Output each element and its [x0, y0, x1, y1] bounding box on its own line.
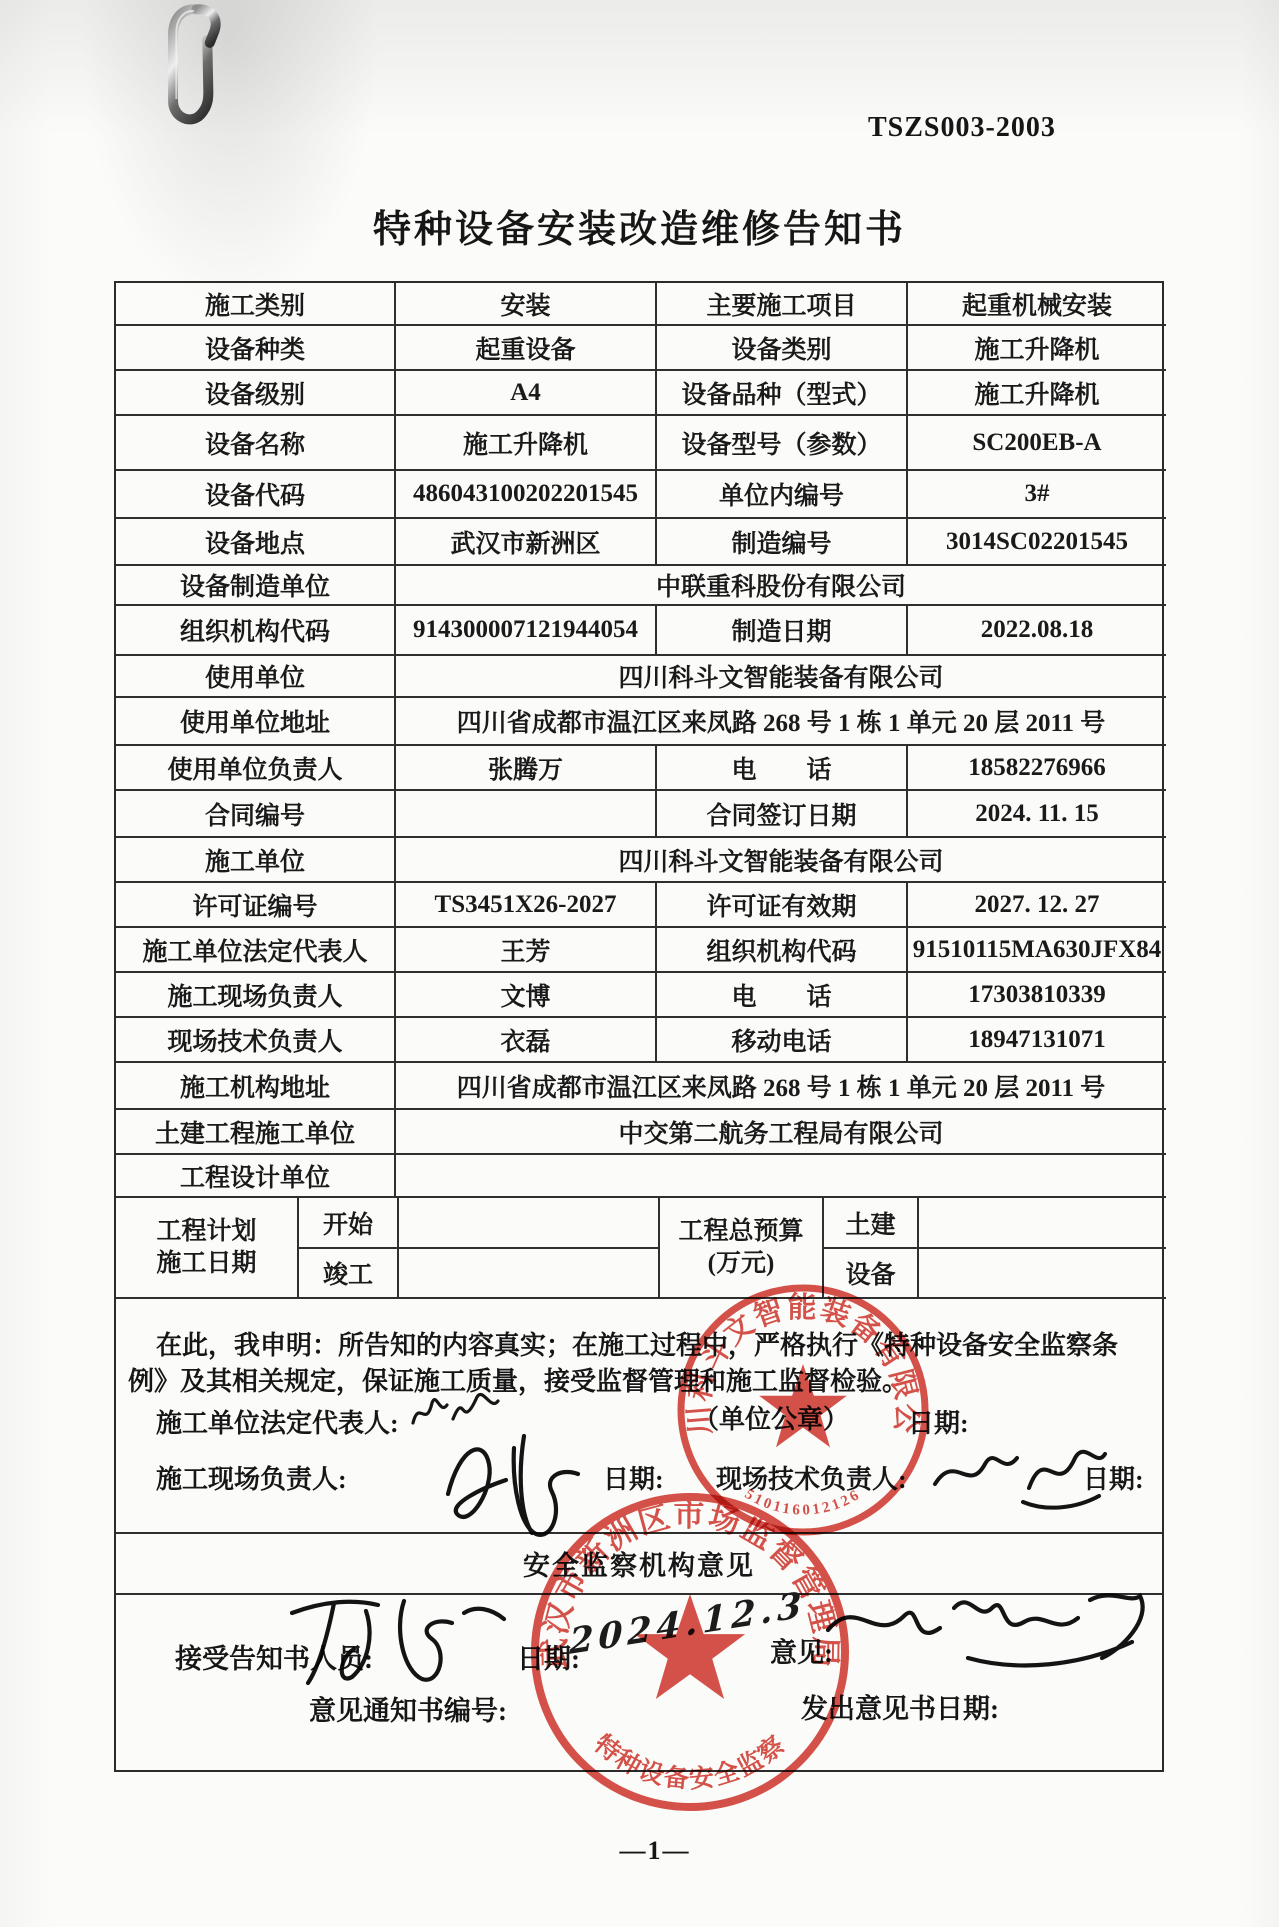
table-row: 施工类别安装主要施工项目起重机械安装: [116, 283, 1166, 325]
table-row: 施工现场负责人文博电 话17303810339: [116, 972, 1166, 1017]
row-label-cell: 电 话: [656, 972, 907, 1017]
row-label-cell: 组织机构代码: [656, 927, 907, 972]
row-value-cell: [395, 1154, 1166, 1197]
table-row: 设备种类起重设备设备类别施工升降机: [116, 325, 1166, 370]
row-label-cell: 使用单位地址: [116, 697, 395, 745]
row-label-cell: 土建工程施工单位: [116, 1109, 395, 1154]
table-row: 设备代码486043100202201545单位内编号3#: [116, 470, 1166, 518]
row-label-cell: 合同签订日期: [656, 790, 907, 837]
start-label-cell: 开始: [298, 1198, 398, 1248]
row-label-cell: 设备地点: [116, 518, 395, 565]
row-value-cell: 91510115MA630JFX84: [907, 927, 1166, 972]
signature-tech-manager: [925, 1428, 1115, 1528]
equipment-value-cell: [918, 1248, 1166, 1298]
table-row: 设备制造单位中联重科股份有限公司: [116, 565, 1166, 605]
civil-label-cell: 土建: [823, 1198, 918, 1248]
row-value-cell: 2027. 12. 27: [907, 882, 1166, 927]
row-value-cell: A4: [395, 370, 656, 415]
row-value-cell: 施工升降机: [907, 325, 1166, 370]
table-row: 设备名称施工升降机设备型号（参数）SC200EB-A: [116, 415, 1166, 470]
row-label-cell: 单位内编号: [656, 470, 907, 518]
planning-table: 工程计划 施工日期 开始 工程总预算 (万元) 土建 竣工 设备: [116, 1198, 1166, 1299]
table-row: 合同编号合同签订日期2024. 11. 15: [116, 790, 1166, 837]
row-value-cell: 中联重科股份有限公司: [395, 565, 1166, 605]
row-value-cell: 中交第二航务工程局有限公司: [395, 1109, 1166, 1154]
row-label-cell: 使用单位负责人: [116, 745, 395, 790]
row-value-cell: 3#: [907, 470, 1166, 518]
table-row: 许可证编号TS3451X26-2027许可证有效期2027. 12. 27: [116, 882, 1166, 927]
planning-label-line1: 工程计划: [118, 1216, 295, 1247]
legal-rep-label: 施工单位法定代表人:: [156, 1403, 399, 1440]
start-value-cell: [398, 1198, 659, 1248]
table-row: 使用单位负责人张腾万电 话18582276966: [116, 745, 1166, 790]
row-label-cell: 施工类别: [116, 283, 395, 325]
row-label-cell: 工程设计单位: [116, 1154, 395, 1197]
row-value-cell: 安装: [395, 283, 656, 325]
row-label-cell: 设备级别: [116, 370, 395, 415]
doc-title: 特种设备安装改造维修告知书: [0, 198, 1279, 253]
row-label-cell: 设备型号（参数）: [656, 415, 907, 470]
row-label-cell: 合同编号: [116, 790, 395, 837]
signature-receiver: [278, 1583, 518, 1693]
row-value-cell: 18582276966: [907, 745, 1166, 790]
planning-label-line2: 施工日期: [118, 1248, 295, 1279]
signature-opinion: [818, 1578, 1168, 1683]
main-table: 施工类别安装主要施工项目起重机械安装设备种类起重设备设备类别施工升降机设备级别A…: [116, 283, 1166, 1198]
row-value-cell: SC200EB-A: [907, 415, 1166, 470]
row-label-cell: 组织机构代码: [116, 605, 395, 655]
row-label-cell: 设备名称: [116, 415, 395, 470]
row-value-cell: 施工升降机: [907, 370, 1166, 415]
row-value-cell: 486043100202201545: [395, 470, 656, 518]
row-label-cell: 设备类别: [656, 325, 907, 370]
row-value-cell: [395, 790, 656, 837]
table-row: 工程计划 施工日期 开始 工程总预算 (万元) 土建: [116, 1198, 1166, 1248]
row-label-cell: 移动电话: [656, 1017, 907, 1062]
row-value-cell: 四川科斗文智能装备有限公司: [395, 655, 1166, 697]
notice-number-label: 意见通知书编号:: [309, 1689, 507, 1728]
row-value-cell: 18947131071: [907, 1017, 1166, 1062]
doc-code: TSZS003-2003: [868, 112, 1088, 144]
row-value-cell: 四川省成都市温江区来凤路 268 号 1 栋 1 单元 20 层 2011 号: [395, 697, 1166, 745]
paperclip-icon: [138, 0, 268, 145]
row-label-cell: 施工单位: [116, 837, 395, 882]
row-label-cell: 许可证有效期: [656, 882, 907, 927]
gov-seal-stamp: 武汉市新洲区市场监督管理局 特种设备安全监察: [520, 1482, 860, 1822]
row-label-cell: 施工单位法定代表人: [116, 927, 395, 972]
row-value-cell: 王芳: [395, 927, 656, 972]
row-value-cell: 张腾万: [395, 745, 656, 790]
row-value-cell: 起重设备: [395, 325, 656, 370]
table-row: 施工机构地址四川省成都市温江区来凤路 268 号 1 栋 1 单元 20 层 2…: [116, 1062, 1166, 1109]
table-row: 设备地点武汉市新洲区制造编号3014SC02201545: [116, 518, 1166, 565]
row-label-cell: 现场技术负责人: [116, 1017, 395, 1062]
row-value-cell: 文博: [395, 972, 656, 1017]
svg-text:特种设备安全监察: 特种设备安全监察: [589, 1729, 792, 1794]
row-label-cell: 电 话: [656, 745, 907, 790]
row-label-cell: 施工现场负责人: [116, 972, 395, 1017]
row-value-cell: 武汉市新洲区: [395, 518, 656, 565]
budget-label-line1: 工程总预算: [662, 1216, 820, 1247]
table-row: 施工单位四川科斗文智能装备有限公司: [116, 837, 1166, 882]
table-row: 施工单位法定代表人王芳组织机构代码91510115MA630JFX84: [116, 927, 1166, 972]
row-label-cell: 设备代码: [116, 470, 395, 518]
row-value-cell: 2022.08.18: [907, 605, 1166, 655]
row-value-cell: 17303810339: [907, 972, 1166, 1017]
table-row: 现场技术负责人衣磊移动电话18947131071: [116, 1017, 1166, 1062]
table-row: 使用单位四川科斗文智能装备有限公司: [116, 655, 1166, 697]
table-row: 组织机构代码914300007121944054制造日期2022.08.18: [116, 605, 1166, 655]
row-label-cell: 施工机构地址: [116, 1062, 395, 1109]
document-page: TSZS003-2003 特种设备安装改造维修告知书 施工类别安装主要施工项目起…: [0, 0, 1279, 1927]
row-label-cell: 制造编号: [656, 518, 907, 565]
row-label-cell: 设备种类: [116, 325, 395, 370]
row-value-cell: TS3451X26-2027: [395, 882, 656, 927]
row-label-cell: 主要施工项目: [656, 283, 907, 325]
row-label-cell: 使用单位: [116, 655, 395, 697]
page-number: —1—: [585, 1836, 725, 1866]
seal-star-icon: [635, 1594, 745, 1699]
row-label-cell: 许可证编号: [116, 882, 395, 927]
site-manager-label: 施工现场负责人:: [156, 1459, 347, 1496]
row-value-cell: 914300007121944054: [395, 605, 656, 655]
table-row: 设备级别A4设备品种（型式）施工升降机: [116, 370, 1166, 415]
table-row: 土建工程施工单位中交第二航务工程局有限公司: [116, 1109, 1166, 1154]
row-value-cell: 四川科斗文智能装备有限公司: [395, 837, 1166, 882]
row-value-cell: 3014SC02201545: [907, 518, 1166, 565]
declaration-line1: 在此，我申明：所告知的内容真实；在施工过程中，严格执行《特种设备安全监察条: [156, 1325, 1118, 1362]
row-value-cell: 衣磊: [395, 1017, 656, 1062]
table-row: 使用单位地址四川省成都市温江区来凤路 268 号 1 栋 1 单元 20 层 2…: [116, 697, 1166, 745]
main-table-body: 施工类别安装主要施工项目起重机械安装设备种类起重设备设备类别施工升降机设备级别A…: [116, 283, 1166, 1197]
gov-seal-bottom-text: 特种设备安全监察: [589, 1729, 792, 1794]
civil-value-cell: [918, 1198, 1166, 1248]
planning-label-cell: 工程计划 施工日期: [116, 1198, 298, 1298]
row-label-cell: 设备品种（型式）: [656, 370, 907, 415]
row-value-cell: 四川省成都市温江区来凤路 268 号 1 栋 1 单元 20 层 2011 号: [395, 1062, 1166, 1109]
row-value-cell: 起重机械安装: [907, 283, 1166, 325]
row-label-cell: 制造日期: [656, 605, 907, 655]
row-value-cell: 2024. 11. 15: [907, 790, 1166, 837]
row-label-cell: 设备制造单位: [116, 565, 395, 605]
table-row: 工程设计单位: [116, 1154, 1166, 1197]
seal-star-icon: [759, 1364, 847, 1447]
finish-label-cell: 竣工: [298, 1248, 398, 1298]
finish-value-cell: [398, 1248, 659, 1298]
row-value-cell: 施工升降机: [395, 415, 656, 470]
